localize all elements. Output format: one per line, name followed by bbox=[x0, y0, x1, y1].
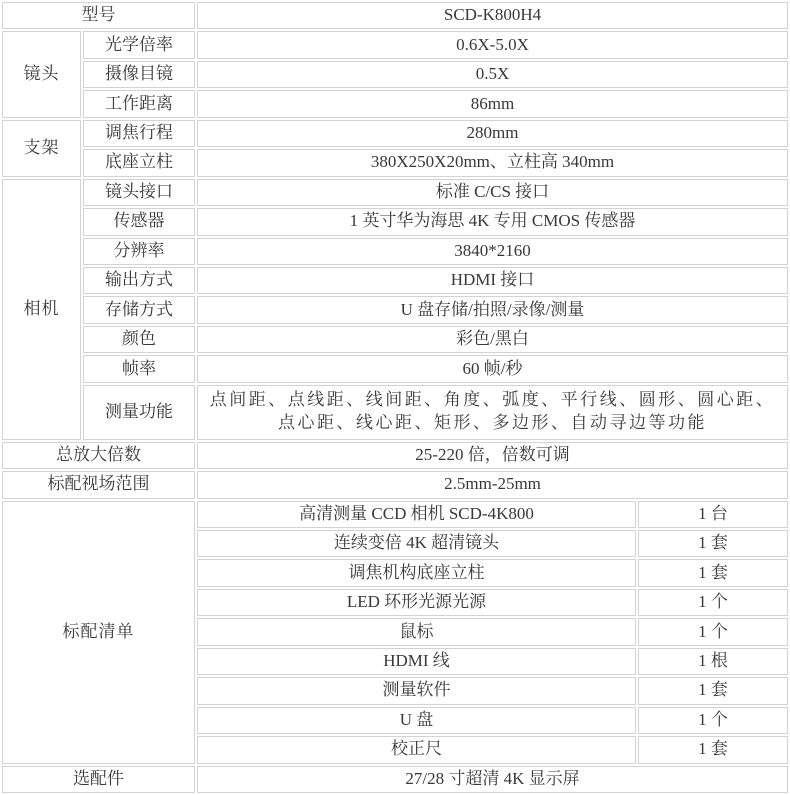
output-mode-value: HDMI 接口 bbox=[197, 267, 788, 294]
checklist-item-usb-drive-name: U 盘 bbox=[197, 707, 636, 734]
storage-mode-label: 存储方式 bbox=[83, 296, 195, 323]
checklist-item-focus-base-qty: 1 套 bbox=[638, 559, 788, 586]
resolution-value: 3840*2160 bbox=[197, 238, 788, 265]
checklist-item-led-light-name: LED 环形光源光源 bbox=[197, 589, 636, 616]
checklist-item-mouse-name: 鼠标 bbox=[197, 618, 636, 645]
checklist-item-led-light-qty: 1 个 bbox=[638, 589, 788, 616]
standard-fov-row: 标配视场范围 2.5mm-25mm bbox=[2, 471, 788, 498]
model-label: 型号 bbox=[2, 2, 195, 29]
sensor-label: 传感器 bbox=[83, 208, 195, 235]
optional-accessories-value: 27/28 寸超清 4K 显示屏 bbox=[197, 766, 788, 794]
working-distance-label: 工作距离 bbox=[83, 90, 195, 117]
base-column-row: 底座立柱 380X250X20mm、立柱高 340mm bbox=[2, 149, 788, 176]
base-column-value: 380X250X20mm、立柱高 340mm bbox=[197, 149, 788, 176]
total-magnification-row: 总放大倍数 25-220 倍，倍数可调 bbox=[2, 442, 788, 469]
checklist-item-zoom-lens-name: 连续变倍 4K 超清镜头 bbox=[197, 530, 636, 557]
camera-eyepiece-value: 0.5X bbox=[197, 61, 788, 88]
color-row: 颜色 彩色/黑白 bbox=[2, 326, 788, 353]
total-magnification-value: 25-220 倍，倍数可调 bbox=[197, 442, 788, 469]
optional-accessories-label: 选配件 bbox=[2, 766, 195, 794]
working-distance-row: 工作距离 86mm bbox=[2, 90, 788, 117]
lens-group-label: 镜头 bbox=[2, 31, 81, 117]
measurement-functions-value: 点间距、点线距、线间距、角度、弧度、平行线、圆形、圆心距、点心距、线心距、矩形、… bbox=[197, 385, 788, 440]
measurement-functions-label: 测量功能 bbox=[83, 385, 195, 440]
checklist-item-ccd-camera-name: 高清测量 CCD 相机 SCD-4K800 bbox=[197, 501, 636, 528]
focus-travel-value: 280mm bbox=[197, 120, 788, 147]
resolution-label: 分辨率 bbox=[83, 238, 195, 265]
camera-group-label: 相机 bbox=[2, 179, 81, 440]
product-spec-table: 型号 SCD-K800H4 镜头 光学倍率 0.6X-5.0X 摄像目镜 0.5… bbox=[0, 0, 790, 795]
output-mode-label: 输出方式 bbox=[83, 267, 195, 294]
camera-eyepiece-label: 摄像目镜 bbox=[83, 61, 195, 88]
checklist-item-software-name: 测量软件 bbox=[197, 677, 636, 704]
checklist-item-ccd-camera-qty: 1 台 bbox=[638, 501, 788, 528]
lens-mount-value: 标准 C/CS 接口 bbox=[197, 179, 788, 206]
optical-magnification-row: 镜头 光学倍率 0.6X-5.0X bbox=[2, 31, 788, 58]
camera-eyepiece-row: 摄像目镜 0.5X bbox=[2, 61, 788, 88]
optional-accessories-row: 选配件 27/28 寸超清 4K 显示屏 bbox=[2, 766, 788, 794]
checklist-item-usb-drive-qty: 1 个 bbox=[638, 707, 788, 734]
stand-group-label: 支架 bbox=[2, 120, 81, 177]
sensor-value: 1 英寸华为海思 4K 专用 CMOS 传感器 bbox=[197, 208, 788, 235]
color-value: 彩色/黑白 bbox=[197, 326, 788, 353]
model-row: 型号 SCD-K800H4 bbox=[2, 2, 788, 29]
frame-rate-row: 帧率 60 帧/秒 bbox=[2, 355, 788, 382]
optical-magnification-label: 光学倍率 bbox=[83, 31, 195, 58]
resolution-row: 分辨率 3840*2160 bbox=[2, 238, 788, 265]
model-value: SCD-K800H4 bbox=[197, 2, 788, 29]
output-mode-row: 输出方式 HDMI 接口 bbox=[2, 267, 788, 294]
checklist-item-software-qty: 1 套 bbox=[638, 677, 788, 704]
frame-rate-value: 60 帧/秒 bbox=[197, 355, 788, 382]
measurement-functions-row: 测量功能 点间距、点线距、线间距、角度、弧度、平行线、圆形、圆心距、点心距、线心… bbox=[2, 385, 788, 440]
checklist-item-ccd-camera-row: 标配清单 高清测量 CCD 相机 SCD-4K800 1 台 bbox=[2, 501, 788, 528]
lens-mount-label: 镜头接口 bbox=[83, 179, 195, 206]
working-distance-value: 86mm bbox=[197, 90, 788, 117]
storage-mode-row: 存储方式 U 盘存储/拍照/录像/测量 bbox=[2, 296, 788, 323]
checklist-item-focus-base-name: 调焦机构底座立柱 bbox=[197, 559, 636, 586]
standard-fov-label: 标配视场范围 bbox=[2, 471, 195, 498]
checklist-group-label: 标配清单 bbox=[2, 501, 195, 764]
checklist-item-calibration-ruler-qty: 1 套 bbox=[638, 736, 788, 763]
optical-magnification-value: 0.6X-5.0X bbox=[197, 31, 788, 58]
checklist-item-zoom-lens-qty: 1 套 bbox=[638, 530, 788, 557]
storage-mode-value: U 盘存储/拍照/录像/测量 bbox=[197, 296, 788, 323]
focus-travel-row: 支架 调焦行程 280mm bbox=[2, 120, 788, 147]
checklist-item-calibration-ruler-name: 校正尺 bbox=[197, 736, 636, 763]
standard-fov-value: 2.5mm-25mm bbox=[197, 471, 788, 498]
total-magnification-label: 总放大倍数 bbox=[2, 442, 195, 469]
base-column-label: 底座立柱 bbox=[83, 149, 195, 176]
checklist-item-hdmi-cable-qty: 1 根 bbox=[638, 648, 788, 675]
focus-travel-label: 调焦行程 bbox=[83, 120, 195, 147]
checklist-item-mouse-qty: 1 个 bbox=[638, 618, 788, 645]
frame-rate-label: 帧率 bbox=[83, 355, 195, 382]
checklist-item-hdmi-cable-name: HDMI 线 bbox=[197, 648, 636, 675]
lens-mount-row: 相机 镜头接口 标准 C/CS 接口 bbox=[2, 179, 788, 206]
color-label: 颜色 bbox=[83, 326, 195, 353]
sensor-row: 传感器 1 英寸华为海思 4K 专用 CMOS 传感器 bbox=[2, 208, 788, 235]
